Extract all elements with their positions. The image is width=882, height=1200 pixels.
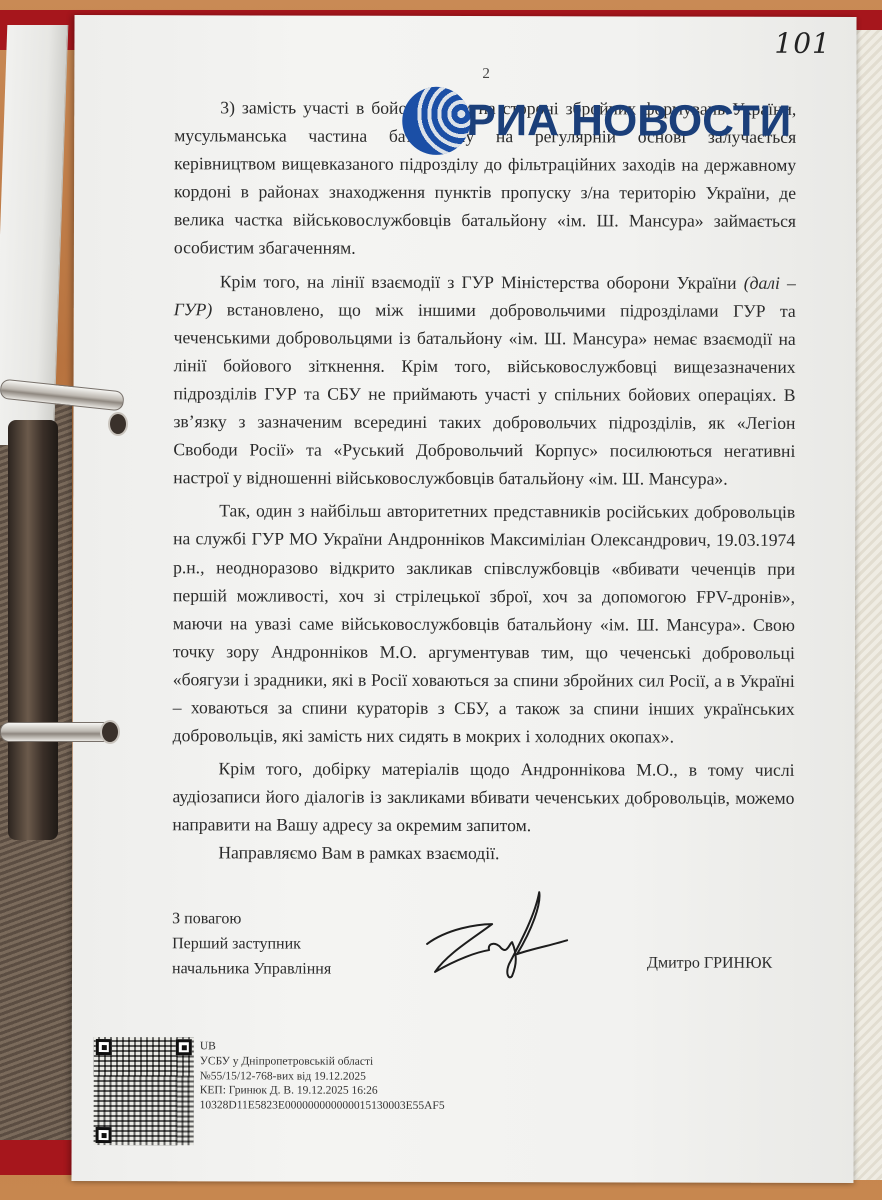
page-number: 2	[482, 66, 490, 83]
paragraph-materials: Крім того, добірку матеріалів щодо Андро…	[172, 754, 794, 840]
document-page: 101 2 3) замість участі в бойових діях н…	[71, 15, 856, 1183]
e-signature-stamp: UB УСБУ у Дніпропетровській області №55/…	[200, 1039, 445, 1114]
stamp-line: КЕП: Гринюк Д. В. 19.12.2025 16:26	[200, 1084, 445, 1099]
stamp-line: №55/15/12-768-вих від 19.12.2025	[200, 1069, 445, 1084]
ria-globe-icon	[402, 87, 470, 155]
qr-code-icon	[94, 1037, 194, 1145]
closing: З повагою	[172, 906, 331, 931]
paragraph-gur-interaction: Крім того, на лінії взаємодії з ГУР Міні…	[173, 267, 796, 493]
signature-block: З повагою Перший заступник начальника Уп…	[172, 906, 331, 981]
binder-mechanism	[8, 420, 58, 840]
watermark-brand: РИА НОВОСТИ	[466, 96, 791, 147]
qr-finder-pattern	[96, 1127, 112, 1143]
signer-name: Дмитро ГРИНЮК	[647, 954, 772, 972]
stamp-line: 10328D11E5823E000000000000015130003E55AF…	[200, 1098, 445, 1113]
paragraph-text: встановлено, що між іншими добровольчими…	[173, 299, 795, 489]
signer-title-line2: начальника Управління	[172, 956, 331, 981]
qr-finder-pattern	[176, 1039, 192, 1055]
paragraph-andronnikov: Так, один з найбільш авторитетних предст…	[173, 497, 796, 751]
handwritten-signature-icon	[417, 884, 577, 984]
stamp-line: УСБУ у Дніпропетровській області	[200, 1054, 445, 1069]
watermark: РИА НОВОСТИ	[402, 86, 862, 157]
binder-ring-top-end	[108, 412, 128, 436]
qr-finder-pattern	[96, 1039, 112, 1055]
letter-body: 3) замість участі в бойових діях на стор…	[172, 93, 796, 868]
handwritten-page-number: 101	[774, 27, 831, 60]
signer-title-line1: Перший заступник	[172, 931, 331, 956]
paragraph-closing: Направляємо Вам в рамках взаємодії.	[172, 839, 794, 869]
binder-ring-bottom-end	[100, 720, 120, 744]
stamp-line: UB	[200, 1039, 445, 1054]
paragraph-text: Крім того, на лінії взаємодії з ГУР Міні…	[220, 271, 737, 292]
